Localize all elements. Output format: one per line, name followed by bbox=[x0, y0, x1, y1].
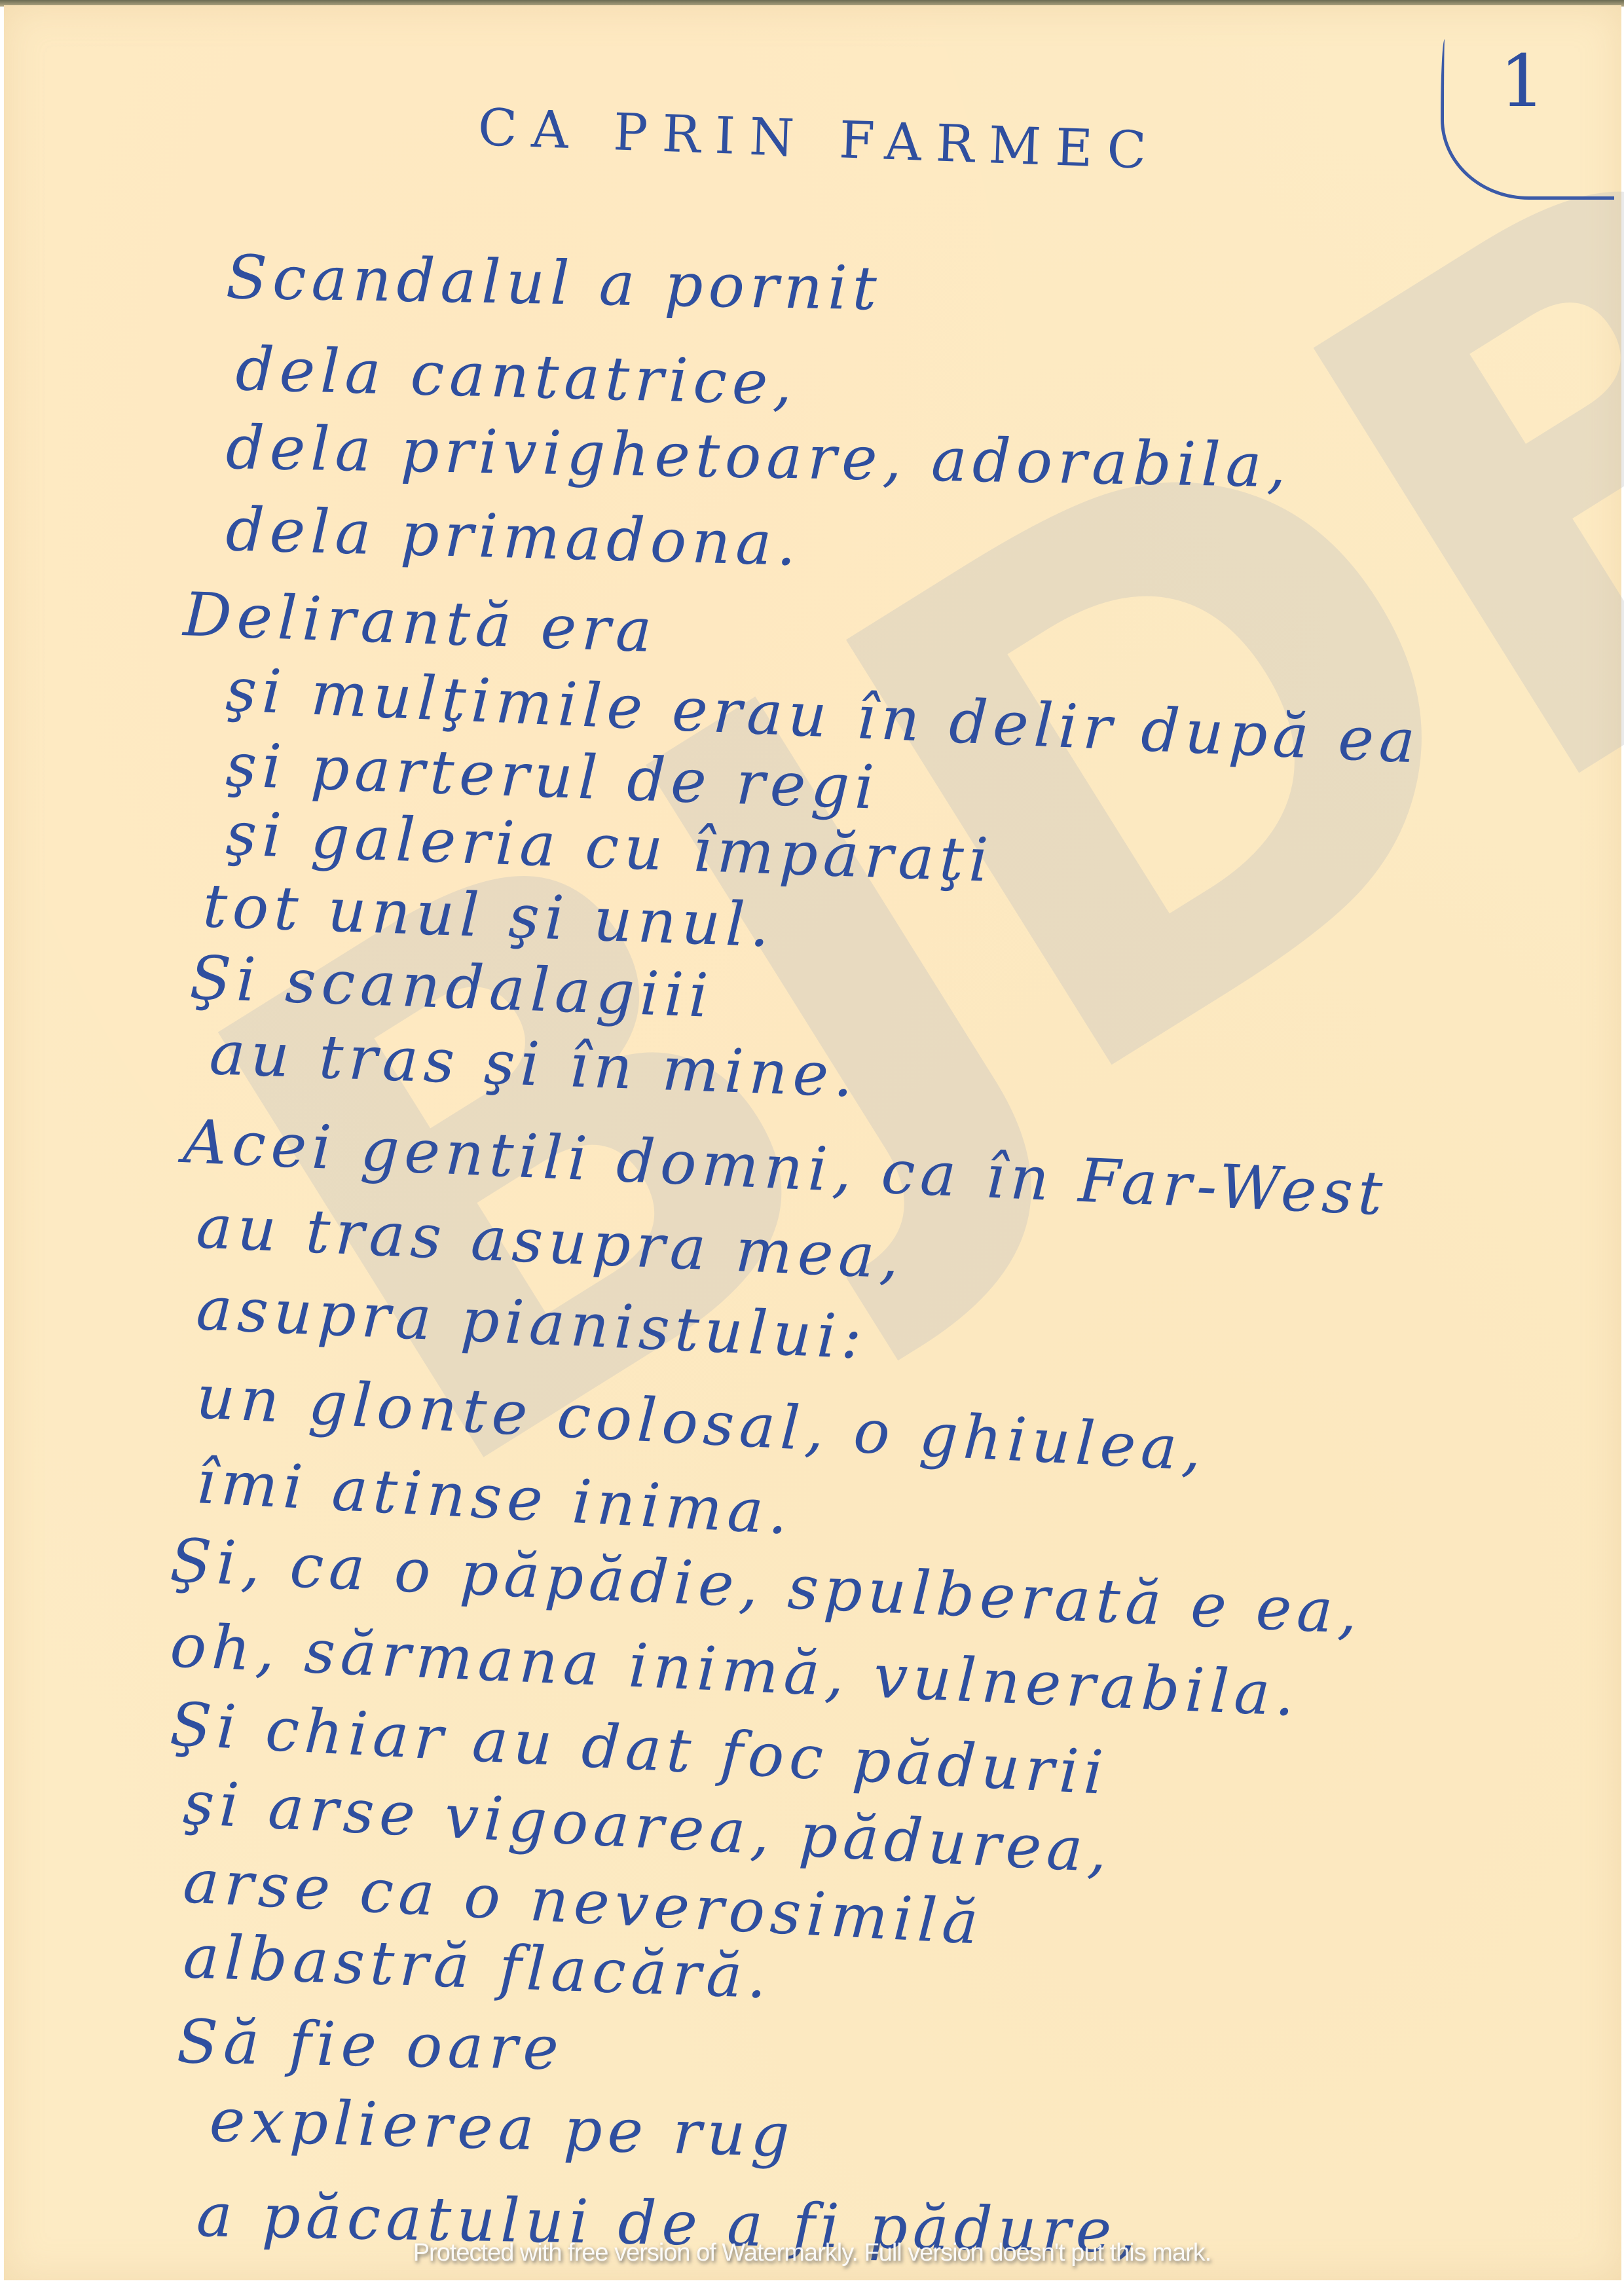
poem-line: dela cantatrice, bbox=[235, 334, 798, 418]
poem-line: Scandalul a pornit bbox=[225, 242, 882, 323]
watermarkly-footer-notice: Protected with free version of Watermark… bbox=[0, 2239, 1624, 2267]
scan-bottom-strip bbox=[0, 2280, 1624, 2296]
page-number: 1 bbox=[1500, 39, 1545, 123]
poem-line: Să fie oare bbox=[176, 2007, 564, 2083]
